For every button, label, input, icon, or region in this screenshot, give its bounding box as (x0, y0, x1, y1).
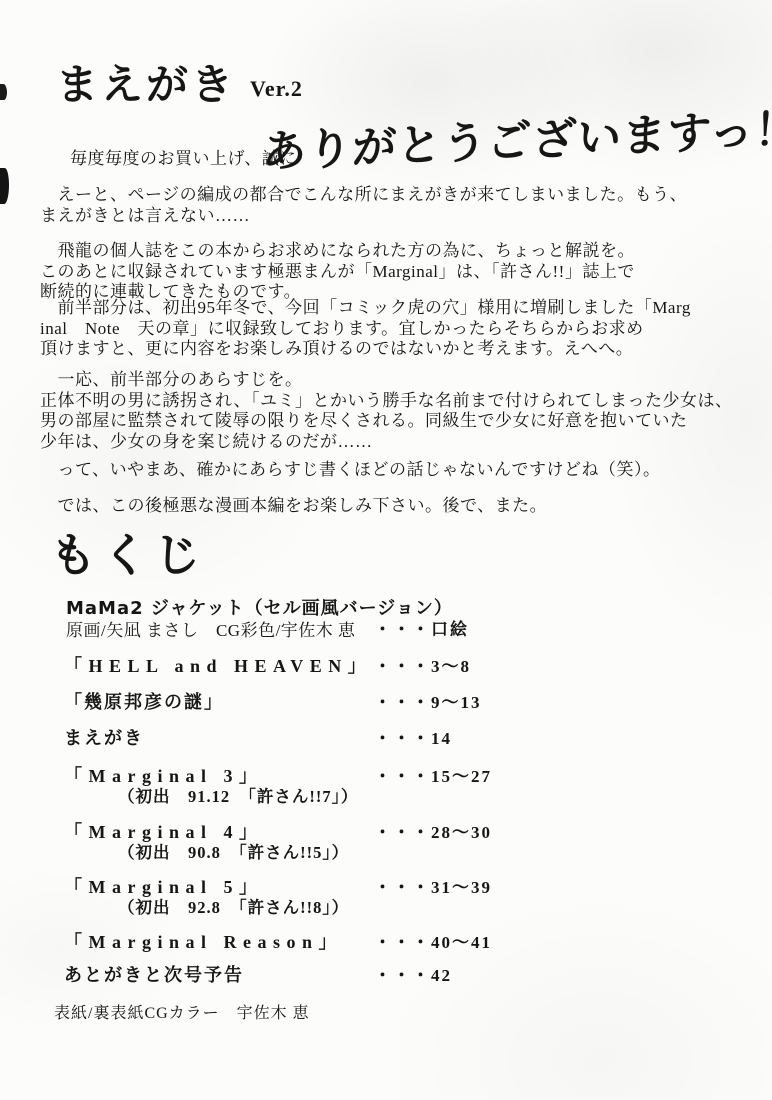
preface-paragraph: 飛龍の個人誌をこの本からお求めになられた方の為に、ちょっと解説を。 このあとに収… (40, 241, 746, 303)
toc-entry-title: 「幾原邦彦の謎」 (64, 688, 224, 714)
preface-title-text: まえがき (56, 60, 236, 109)
scan-artifact (0, 84, 7, 100)
toc-entry-title: まえがき (64, 724, 144, 750)
toc-entry-pages: ・・・42 (374, 961, 452, 986)
cover-credit: 表紙/裏表紙CGカラー 宇佐木 恵 (54, 1000, 310, 1023)
toc-jacket-pages: ・・・口絵 (374, 615, 469, 640)
scanned-doujinshi-page: まえがきVer.2 毎度毎度のお買い上げ、誠に ありがとうございますっ！ えーと… (0, 0, 772, 1100)
toc-entry-title: 「HELL and HEAVEN」 (64, 652, 372, 678)
toc-entry-title: あとがきと次号予告 (64, 961, 244, 987)
toc-entry-pages: ・・・28～30 (374, 818, 492, 843)
toc-entry-note: （初出 92.8 「許さん!!8」） (118, 894, 349, 918)
toc-entry-note: （初出 91.12 「許さん!!7」） (118, 783, 358, 807)
toc-jacket-credits: 原画/矢凪 まさし CG彩色/宇佐木 恵 (66, 616, 356, 641)
preface-paragraph: 一応、前半部分のあらすじを。 正体不明の男に誘拐され、「ユミ」とかいう勝手な名前… (40, 370, 746, 452)
toc-entry-title: 「Marginal Reason」 (64, 928, 343, 954)
preface-paragraph: って、いやまあ、確かにあらすじ書くほどの話じゃないんですけどね（笑）。 (40, 460, 746, 481)
scan-artifact (0, 168, 9, 204)
preface-paragraph: えーと、ページの編成の都合でこんな所にまえがきが来てしまいました。もう、 まえが… (40, 185, 746, 226)
preface-paragraph: では、この後極悪な漫画本編をお楽しみ下さい。後で、また。 (40, 496, 746, 517)
handwritten-thanks: ありがとうございますっ！ (261, 93, 772, 181)
toc-entry-pages: ・・・15～27 (374, 762, 492, 787)
toc-entry-note: （初出 90.8 「許さん!!5」） (118, 839, 349, 863)
toc-entry-pages: ・・・14 (374, 724, 452, 749)
toc-entry-pages: ・・・40～41 (374, 928, 492, 953)
toc-entry-pages: ・・・3～8 (374, 652, 471, 677)
preface-title: まえがきVer.2 (56, 64, 303, 106)
toc-title: もくじ (50, 532, 206, 578)
toc-entry-pages: ・・・31～39 (374, 873, 492, 898)
toc-entry-pages: ・・・9～13 (374, 688, 482, 713)
preface-paragraph: 前半部分は、初出95年冬で、今回「コミック虎の穴」様用に増刷しました「Marg … (40, 298, 746, 360)
version-label: Ver.2 (250, 76, 303, 101)
